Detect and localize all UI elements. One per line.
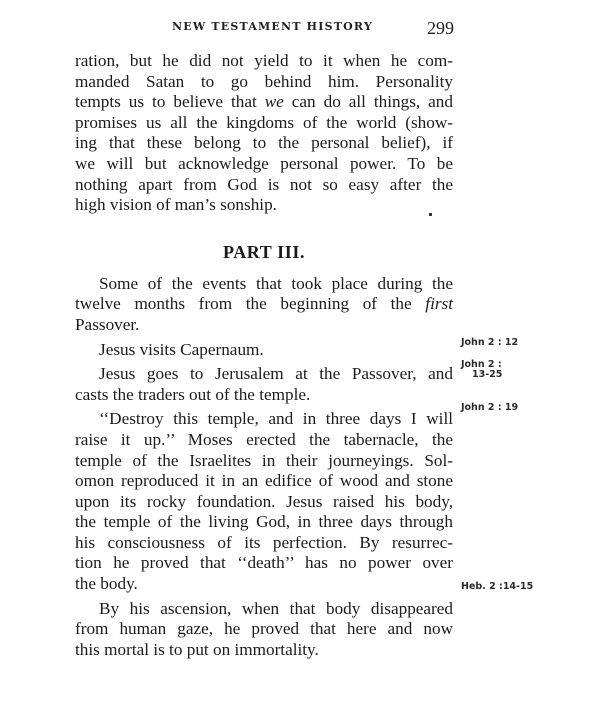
page-number: 299: [427, 18, 454, 39]
text-line: manded Satan to go behind him. Personali…: [75, 72, 453, 93]
italic-emphasis: first: [425, 294, 453, 313]
reference-text: John 2 : 19: [461, 402, 518, 413]
text-line: Passover.: [75, 315, 453, 336]
part-heading: PART III.: [75, 216, 453, 274]
running-head: NEW TESTAMENT HISTORY: [172, 20, 373, 33]
text-fragment: can do all things, and: [284, 92, 453, 111]
text-line: ing that these belong to the personal be…: [75, 133, 453, 154]
paragraph-intro: Some of the events that took place durin…: [75, 274, 453, 336]
text-line: temple of the Israelites in their journe…: [75, 451, 453, 472]
text-line: this mortal is to put on immortality.: [75, 640, 453, 661]
text-line: tion he proved that ‘‘death’’ has no pow…: [75, 553, 453, 574]
text-line: high vision of man’s sonship.: [75, 195, 453, 216]
page-header: NEW TESTAMENT HISTORY 299: [172, 18, 454, 38]
body-text: ration, but he did not yield to it when …: [75, 51, 453, 660]
text-line: upon its rocky foundation. Jesus raised …: [75, 492, 453, 513]
margin-note-heb-2-14-15: Heb. 2 :14-15: [461, 582, 533, 592]
reference-text: 13-25: [461, 370, 502, 380]
margin-note-john-2-12: John 2 : 12: [461, 338, 518, 348]
text-line: Some of the events that took place durin…: [75, 274, 453, 295]
text-line: twelve months from the beginning of the …: [75, 294, 453, 315]
text-line: nothing apart from God is not so easy af…: [75, 175, 453, 196]
text-line: promises us all the kingdoms of the worl…: [75, 113, 453, 134]
text-line: casts the traders out of the temple.: [75, 385, 453, 406]
text-line: from human gaze, he proved that here and…: [75, 619, 453, 640]
italic-emphasis: we: [265, 92, 284, 111]
text-line: raise it up.’’ Moses erected the taberna…: [75, 430, 453, 451]
text-line: the temple of the living God, in three d…: [75, 512, 453, 533]
reference-text: John 2 : 12: [461, 337, 518, 348]
text-fragment: twelve months from the beginning of the: [75, 294, 425, 313]
paragraph-jerusalem: Jesus goes to Jerusalem at the Passover,…: [75, 364, 453, 405]
text-line: the body.: [75, 574, 453, 595]
text-fragment: tempts us to believe that: [75, 92, 265, 111]
text-line: we will but acknowledge personal power. …: [75, 154, 453, 175]
text-line: his consciousness of its perfection. By …: [75, 533, 453, 554]
paragraph-continuation: ration, but he did not yield to it when …: [75, 51, 453, 216]
text-line: Jesus visits Capernaum.: [75, 340, 453, 361]
paragraph-destroy-temple: ‘‘Destroy this temple, and in three days…: [75, 409, 453, 594]
paragraph-ascension: By his ascension, when that body disappe…: [75, 599, 453, 661]
text-line: ‘‘Destroy this temple, and in three days…: [75, 409, 453, 430]
margin-note-john-2-13-25: John 2 : 13-25: [461, 360, 502, 380]
text-line: Jesus goes to Jerusalem at the Passover,…: [75, 364, 453, 385]
text-line: By his ascension, when that body disappe…: [75, 599, 453, 620]
reference-text: Heb. 2 :14-15: [461, 581, 533, 592]
text-line: tempts us to believe that we can do all …: [75, 92, 453, 113]
text-line: ration, but he did not yield to it when …: [75, 51, 453, 72]
text-line: omon reproduced it in an edifice of wood…: [75, 471, 453, 492]
paragraph-capernaum: Jesus visits Capernaum.: [75, 340, 453, 361]
print-speck: [429, 213, 432, 216]
margin-note-john-2-19: John 2 : 19: [461, 403, 518, 413]
